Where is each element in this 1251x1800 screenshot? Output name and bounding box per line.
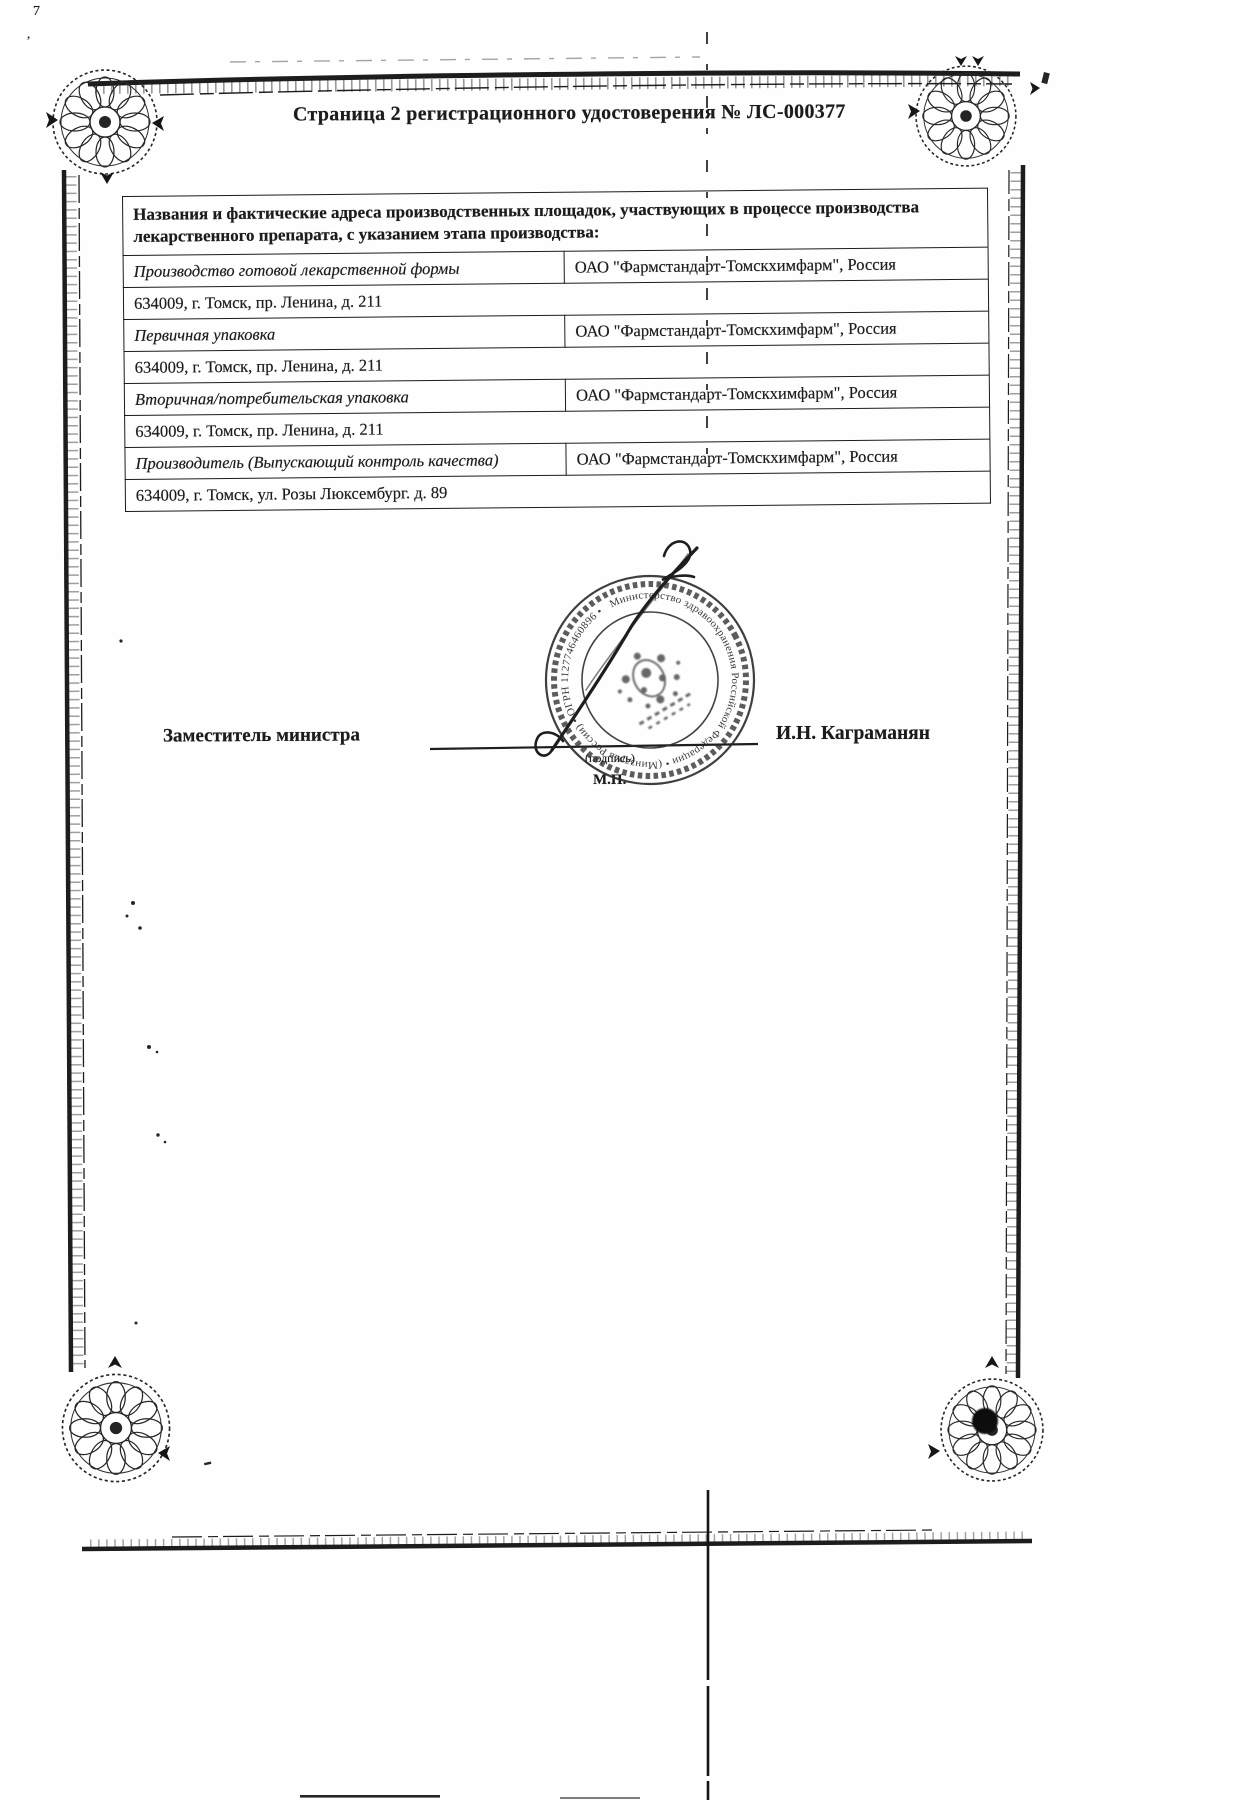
stage-cell: Производство готовой лекарственной формы xyxy=(123,251,564,287)
table-row: 634009, г. Томск, ул. Розы Люксембург. д… xyxy=(125,471,990,511)
company-cell: ОАО "Фармстандарт-Томскхимфарм", Россия xyxy=(565,311,989,347)
address-cell: 634009, г. Томск, ул. Розы Люксембург. д… xyxy=(125,471,990,511)
scanned-certificate-page: Страница 2 регистрационного удостоверени… xyxy=(0,0,1251,1800)
corner-rosette-top-right xyxy=(916,66,1016,166)
table-caption: Названия и фактические адреса производст… xyxy=(123,188,989,255)
ink-blot xyxy=(972,1408,998,1434)
production-sites-table: Названия и фактические адреса производст… xyxy=(122,188,991,513)
page-title: Страница 2 регистрационного удостоверени… xyxy=(293,101,846,127)
paper-speck: 7 xyxy=(33,4,40,20)
company-cell: ОАО "Фармстандарт-Томскхимфарм", Россия xyxy=(565,375,989,411)
stamp-emblem xyxy=(606,637,701,733)
handwritten-signature xyxy=(536,541,697,755)
table-row: Названия и фактические адреса производст… xyxy=(123,188,989,255)
stage-cell: Вторичная/потребительская упаковка xyxy=(124,379,565,415)
company-cell: ОАО "Фармстандарт-Томскхимфарм", Россия xyxy=(564,247,988,283)
corner-rosette-bottom-right xyxy=(941,1379,1043,1481)
signatory-name: И.Н. Каграманян xyxy=(776,723,930,745)
corner-rosette-bottom-left xyxy=(62,1374,169,1481)
stage-cell: Первичная упаковка xyxy=(124,315,565,351)
stage-cell: Производитель (Выпускающий контроль каче… xyxy=(125,443,566,479)
stamp-ring-text: Министерство здравоохранения Российской … xyxy=(528,558,772,802)
paper-speck: , xyxy=(27,26,30,42)
signatory-title: Заместитель министра xyxy=(163,724,360,747)
signature-line-caption: (подпись) xyxy=(585,751,635,766)
svg-text:Министерство здравоохранения Р: Министерство здравоохранения Российской … xyxy=(528,558,772,802)
seal-place-mark: М.П. xyxy=(593,772,626,789)
company-cell: ОАО "Фармстандарт-Томскхимфарм", Россия xyxy=(566,439,990,475)
ministry-round-stamp: Министерство здравоохранения Российской … xyxy=(509,539,790,820)
signature-line xyxy=(430,744,758,749)
corner-rosette-top-left xyxy=(53,70,157,174)
